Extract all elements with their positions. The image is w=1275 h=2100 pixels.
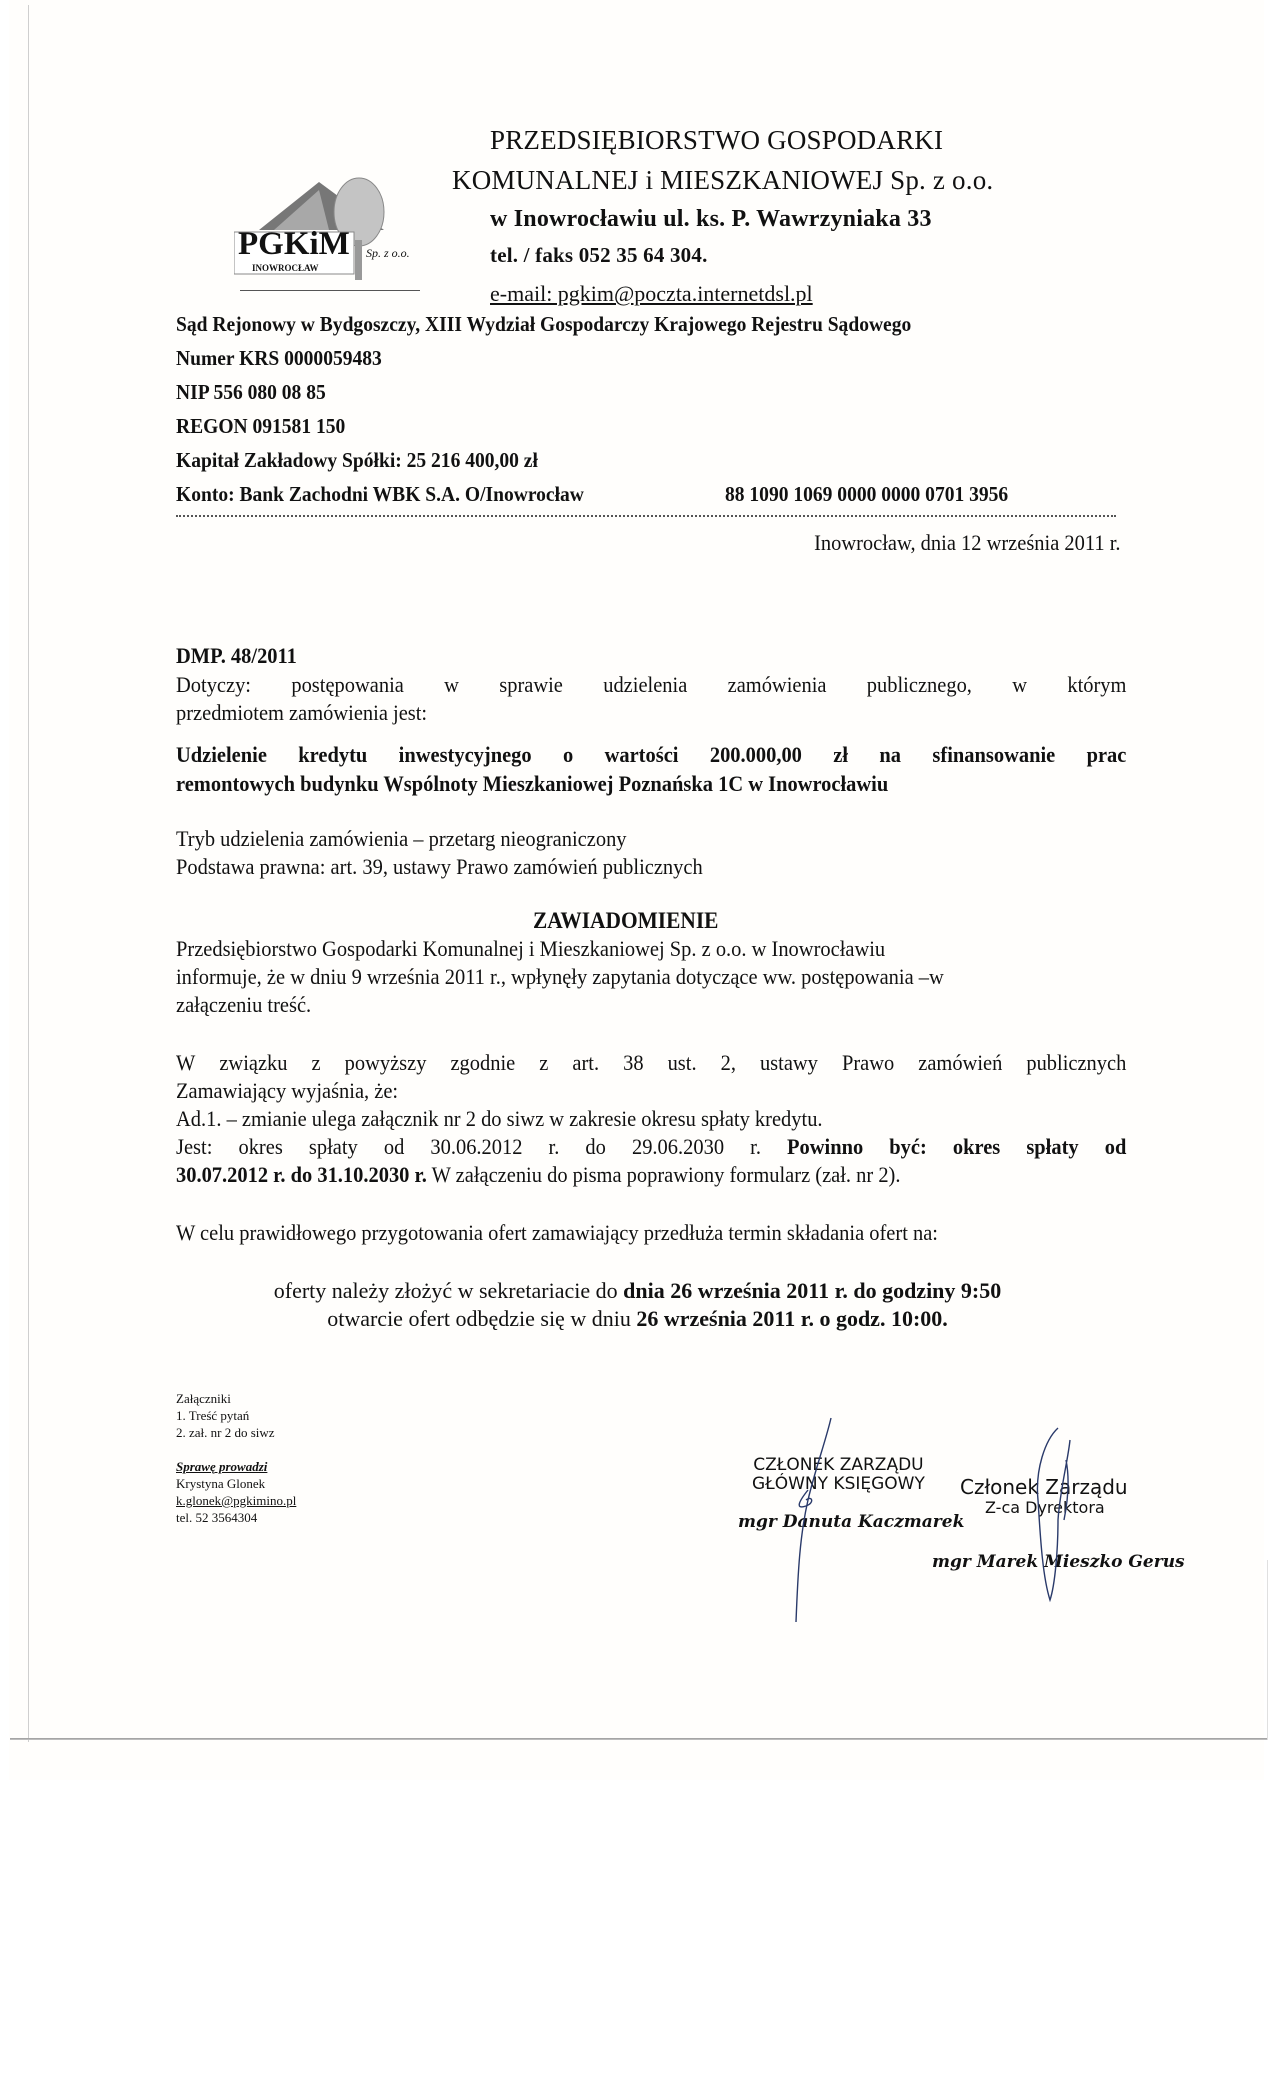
- word: Dotyczy:: [176, 672, 251, 698]
- notice-para2-line3: Ad.1. – zmianie ulega załącznik nr 2 do …: [176, 1106, 823, 1132]
- word: 2,: [721, 1050, 736, 1076]
- signature-1-title1: CZŁONEK ZARZĄDU: [752, 1456, 925, 1475]
- corrected-period: 30.07.2012 r. do 31.10.2030 r.: [176, 1162, 427, 1187]
- word: 29.06.2030: [632, 1134, 724, 1160]
- word: okres: [238, 1134, 282, 1160]
- word: ust.: [668, 1050, 697, 1076]
- company-address: w Inowrocławiu ul. ks. P. Wawrzyniaka 33: [490, 206, 932, 233]
- word: postępowania: [291, 672, 404, 698]
- word: Prawo: [842, 1050, 894, 1076]
- legal-basis: Podstawa prawna: art. 39, ustawy Prawo z…: [176, 854, 703, 880]
- notice-para2-line4: Jest:okresspłatyod30.06.2012r.do29.06.20…: [176, 1134, 1126, 1160]
- document-date: Inowrocław, dnia 12 września 2011 r.: [814, 530, 1120, 556]
- handled-by-phone: tel. 52 3564304: [176, 1509, 376, 1526]
- word: Jest:: [176, 1134, 212, 1160]
- word: Powinno: [787, 1134, 863, 1160]
- word: związku: [219, 1050, 287, 1076]
- page-edge-left: [28, 5, 29, 1742]
- word: spłaty: [309, 1134, 358, 1160]
- logo-city: INOWROCŁAW: [252, 263, 319, 273]
- subject-line2: przedmiotem zamówienia jest:: [176, 700, 427, 726]
- notice-para2-line2: Zamawiający wyjaśnia, że:: [176, 1078, 398, 1104]
- bank-account-label: Konto: Bank Zachodni WBK S.A. O/Inowrocł…: [176, 482, 584, 507]
- word: kredytu: [298, 742, 367, 768]
- subject-title-line2: remontowych budynku Wspólnoty Mieszkanio…: [176, 771, 888, 797]
- notice-para3: W celu prawidłowego przygotowania ofert …: [176, 1220, 938, 1246]
- word: wartości: [605, 742, 679, 768]
- deadline-submission: oferty należy złożyć w sekretariacie do …: [0, 1278, 1275, 1304]
- word: z: [539, 1050, 548, 1076]
- subject-line1: Dotyczy:postępowaniawsprawieudzieleniaza…: [176, 672, 1126, 698]
- handled-by-label: Sprawę prowadzi: [176, 1458, 376, 1475]
- attachment-note: W załączeniu do pisma poprawiony formula…: [427, 1162, 901, 1187]
- word: sfinansowanie: [932, 742, 1055, 768]
- deadline-opening: otwarcie ofert odbędzie się w dniu 26 wr…: [0, 1306, 1275, 1332]
- word: inwestycyjnego: [399, 742, 532, 768]
- handled-by-name: Krystyna Glonek: [176, 1475, 376, 1492]
- attachments-heading: Załączniki: [176, 1390, 376, 1407]
- share-capital: Kapitał Zakładowy Spółki: 25 216 400,00 …: [176, 448, 538, 473]
- notice-para2-line5: 30.07.2012 r. do 31.10.2030 r. W załącze…: [176, 1162, 900, 1188]
- notice-para1-line1: Przedsiębiorstwo Gospodarki Komunalnej i…: [176, 936, 885, 962]
- court-registry: Sąd Rejonowy w Bydgoszczy, XIII Wydział …: [176, 312, 911, 337]
- word: być:: [889, 1134, 927, 1160]
- nip-number: NIP 556 080 08 85: [176, 380, 326, 405]
- company-logo: PGKiM Sp. z o.o. INOWROCŁAW: [234, 170, 404, 280]
- deadline-submission-text: oferty należy złożyć w sekretariacie do: [274, 1278, 623, 1303]
- page-edge-right: [1267, 1560, 1268, 1740]
- signature-1-title2: GŁÓWNY KSIĘGOWY: [752, 1475, 925, 1494]
- word: zamówienia: [728, 672, 827, 698]
- word: udzielenia: [603, 672, 687, 698]
- word: zgodnie: [450, 1050, 515, 1076]
- company-email-link[interactable]: e-mail: pgkim@poczta.internetdsl.pl: [490, 281, 813, 307]
- word: sprawie: [499, 672, 563, 698]
- word: w: [1012, 672, 1027, 698]
- notice-para1-line3: załączeniu treść.: [176, 992, 311, 1018]
- notice-para2-line1: Wzwiązkuzpowyższyzgodniezart.38ust.2,ust…: [176, 1050, 1126, 1076]
- word: prac: [1087, 742, 1127, 768]
- word: 38: [623, 1050, 643, 1076]
- word: art.: [572, 1050, 599, 1076]
- dotted-separator: [176, 513, 1116, 517]
- handled-by-email-link[interactable]: k.glonek@pgkimino.pl: [176, 1492, 376, 1509]
- word: W: [176, 1050, 195, 1076]
- word: powyższy: [345, 1050, 427, 1076]
- word: w: [444, 672, 459, 698]
- signature-2-name: mgr Marek Mieszko Gerus: [932, 1552, 1185, 1572]
- word: na: [879, 742, 901, 768]
- attachment-item: 2. zał. nr 2 do siwz: [176, 1424, 376, 1441]
- logo-underline: [240, 290, 420, 291]
- signature-2-title2: Z-ca Dyrektora: [985, 1498, 1105, 1517]
- reference-number: DMP. 48/2011: [176, 643, 297, 669]
- deadline-submission-date: dnia 26 września 2011 r. do godziny 9:50: [623, 1278, 1001, 1303]
- word: od: [1105, 1134, 1127, 1160]
- word: 30.06.2012: [430, 1134, 522, 1160]
- company-phone: tel. / faks 052 35 64 304.: [490, 243, 708, 268]
- regon-number: REGON 091581 150: [176, 414, 345, 439]
- word: spłaty: [1026, 1134, 1078, 1160]
- notice-para1-line2: informuje, że w dniu 9 września 2011 r.,…: [176, 964, 944, 990]
- notice-heading: ZAWIADOMIENIE: [533, 908, 718, 934]
- word: o: [563, 742, 573, 768]
- attachments-block: Załączniki 1. Treść pytań 2. zał. nr 2 d…: [176, 1390, 376, 1526]
- word: zamówień: [918, 1050, 1002, 1076]
- word: do: [585, 1134, 605, 1160]
- attachment-item: 1. Treść pytań: [176, 1407, 376, 1424]
- word: okres: [953, 1134, 1000, 1160]
- page-edge-bottom: [10, 1738, 1268, 1740]
- subject-title-line1: Udzieleniekredytuinwestycyjnegoowartości…: [176, 742, 1126, 768]
- company-name-line2: KOMUNALNEJ i MIESZKANIOWEJ Sp. z o.o.: [452, 165, 993, 196]
- logo-text: PGKiM: [238, 226, 350, 263]
- word: Udzielenie: [176, 742, 267, 768]
- signature-2-title1: Członek Zarządu: [960, 1475, 1128, 1499]
- signature-1-name: mgr Danuta Kaczmarek: [738, 1512, 964, 1532]
- word: którym: [1067, 672, 1126, 698]
- word: z: [312, 1050, 321, 1076]
- word: zł: [833, 742, 848, 768]
- company-name-line1: PRZEDSIĘBIORSTWO GOSPODARKI: [490, 125, 943, 156]
- deadline-opening-text: otwarcie ofert odbędzie się w dniu: [327, 1306, 636, 1331]
- word: od: [384, 1134, 404, 1160]
- word: r.: [750, 1134, 761, 1160]
- word: ustawy: [760, 1050, 818, 1076]
- logo-suffix: Sp. z o.o.: [366, 246, 410, 261]
- word: publicznego,: [867, 672, 972, 698]
- word: r.: [549, 1134, 560, 1160]
- procedure-mode: Tryb udzielenia zamówienia – przetarg ni…: [176, 826, 627, 852]
- signature-1-titles: CZŁONEK ZARZĄDU GŁÓWNY KSIĘGOWY: [752, 1456, 925, 1494]
- krs-number: Numer KRS 0000059483: [176, 346, 382, 371]
- word: publicznych: [1026, 1050, 1126, 1076]
- word: 200.000,00: [710, 742, 802, 768]
- bank-account-number: 88 1090 1069 0000 0000 0701 3956: [725, 482, 1008, 507]
- deadline-opening-date: 26 września 2011 r. o godz. 10:00.: [636, 1306, 947, 1331]
